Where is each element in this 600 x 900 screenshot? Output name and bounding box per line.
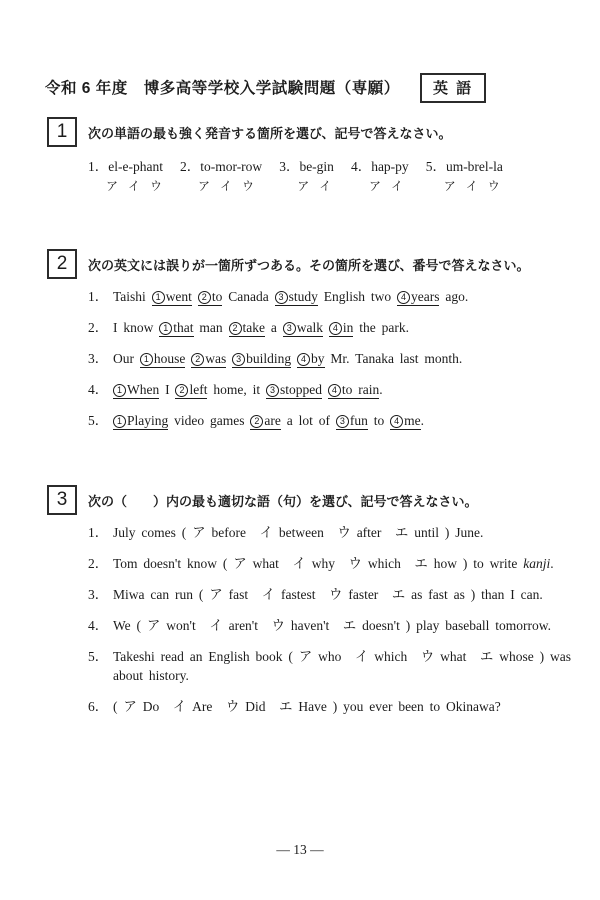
circled-number-icon: 3: [336, 415, 349, 428]
underlined-phrase: 3stopped: [266, 382, 322, 399]
underlined-phrase: 2was: [191, 351, 226, 368]
circled-number-icon: 2: [191, 353, 204, 366]
underlined-phrase: 2are: [250, 413, 280, 430]
question-number: 5．: [88, 411, 113, 430]
question-item: 5．1Playing video games 2are a lot of 3fu…: [88, 411, 582, 430]
question-number: 1．: [88, 159, 108, 174]
underlined-phrase: 4to rain: [328, 382, 379, 399]
underlined-phrase: 3fun: [336, 413, 368, 430]
section-2: 2次の英文には誤りが一箇所ずつある。その箇所を選び、番号で答えなさい。1．Tai…: [0, 249, 600, 430]
exam-page: 令和 6 年度 博多高等学校入学試験問題（専願） 英 語 1次の単語の最も強く発…: [0, 0, 600, 900]
question-number: 1．: [88, 523, 113, 542]
circled-number-icon: 2: [198, 291, 211, 304]
question-number: 3．: [88, 585, 113, 604]
circled-number-icon: 1: [113, 384, 126, 397]
section-3: 3次の（ ）内の最も適切な語（句）を選び、記号で答えなさい。1．July com…: [0, 485, 600, 716]
pronunciation-item: 4．hap-pyア イ: [351, 155, 409, 194]
question-text: We ( ア won't イ aren't ウ haven't エ doesn'…: [113, 616, 582, 635]
section-1: 1次の単語の最も強く発音する箇所を選び、記号で答えなさい。1．el-e-phan…: [0, 117, 600, 194]
underlined-phrase: 2left: [175, 382, 207, 399]
question-item: 2．Tom doesn't know ( ア what イ why ウ whic…: [88, 554, 582, 573]
underlined-phrase: 3building: [232, 351, 291, 368]
kana-choice-row: ア イ ウ: [106, 177, 163, 194]
question-text: Our 1house 2was 3building 4by Mr. Tanaka…: [113, 349, 582, 368]
section-items: 1．July comes ( ア before イ between ウ afte…: [88, 523, 582, 716]
pronunciation-row: 1．el-e-phantア イ ウ2．to-mor-rowア イ ウ3．be-g…: [88, 155, 582, 194]
question-number: 4．: [88, 616, 113, 635]
exam-title: 令和 6 年度 博多高等学校入学試験問題（専願）: [45, 76, 400, 98]
question-number: 6．: [88, 697, 113, 716]
question-text-part: home, it: [207, 382, 266, 397]
circled-number-icon: 2: [229, 322, 242, 335]
underlined-phrase: 1house: [140, 351, 186, 368]
question-text-part: .: [550, 556, 553, 571]
question-text-part: .: [379, 382, 382, 397]
underlined-phrase: 1went: [152, 289, 192, 306]
question-text-part: about history.: [113, 668, 189, 683]
pronunciation-word: to-mor-row: [200, 159, 262, 174]
question-number: 4．: [351, 159, 371, 174]
pronunciation-word: um-brel-la: [446, 159, 503, 174]
kana-choice-row: ア イ ウ: [198, 177, 262, 194]
section-number-box: 2: [47, 249, 77, 279]
pronunciation-item: 1．el-e-phantア イ ウ: [88, 155, 163, 194]
underlined-phrase: 4by: [297, 351, 325, 368]
italic-word: kanji: [523, 556, 550, 571]
kana-choice-row: ア イ: [297, 177, 334, 194]
subject-label: 英 語: [433, 80, 473, 97]
question-text: July comes ( ア before イ between ウ after …: [113, 523, 582, 542]
circled-number-icon: 3: [283, 322, 296, 335]
question-item: 2．I know 1that man 2take a 3walk 4in the…: [88, 318, 582, 337]
question-number: 2．: [88, 318, 113, 337]
circled-number-icon: 4: [397, 291, 410, 304]
pronunciation-item: 3．be-ginア イ: [279, 155, 334, 194]
underlined-phrase: 1that: [159, 320, 193, 337]
question-text-part: .: [421, 413, 424, 428]
circled-number-icon: 1: [152, 291, 165, 304]
question-number: 3．: [88, 349, 113, 368]
question-text-part: to: [368, 413, 390, 428]
underlined-phrase: 3study: [275, 289, 318, 306]
question-text-part: Our: [113, 351, 140, 366]
question-text-part: English two: [318, 289, 397, 304]
question-item: 3．Miwa can run ( ア fast イ fastest ウ fast…: [88, 585, 582, 604]
question-number: 5．: [88, 647, 113, 685]
section-instruction: 次の単語の最も強く発音する箇所を選び、記号で答えなさい。: [88, 123, 451, 142]
pronunciation-word: be-gin: [299, 159, 334, 174]
question-text: I know 1that man 2take a 3walk 4in the p…: [113, 318, 582, 337]
question-text-part: video games: [168, 413, 250, 428]
circled-number-icon: 3: [232, 353, 245, 366]
section-instruction: 次の（ ）内の最も適切な語（句）を選び、記号で答えなさい。: [88, 491, 477, 510]
question-text-part: [192, 289, 198, 304]
question-text-part: Tom doesn't know ( ア what イ why ウ which …: [113, 556, 523, 571]
page-footer: — 13 —: [0, 842, 600, 858]
pronunciation-word: el-e-phant: [108, 159, 163, 174]
underlined-phrase: 2take: [229, 320, 266, 337]
question-text-part: ( ア Do イ Are ウ Did エ Have ) you ever bee…: [113, 699, 501, 714]
section-header: 1次の単語の最も強く発音する箇所を選び、記号で答えなさい。: [47, 117, 600, 147]
question-item: 1．Taishi 1went 2to Canada 3study English…: [88, 287, 582, 306]
circled-number-icon: 1: [140, 353, 153, 366]
question-number: 4．: [88, 380, 113, 399]
question-text: Miwa can run ( ア fast イ fastest ウ faster…: [113, 585, 582, 604]
section-number-box: 1: [47, 117, 77, 147]
circled-number-icon: 3: [266, 384, 279, 397]
question-text: 1Playing video games 2are a lot of 3fun …: [113, 411, 582, 430]
question-text-part: a: [265, 320, 283, 335]
circled-number-icon: 2: [175, 384, 188, 397]
question-text-part: July comes ( ア before イ between ウ after …: [113, 525, 483, 540]
underlined-phrase: 2to: [198, 289, 223, 306]
question-number: 2．: [180, 159, 200, 174]
section-header: 3次の（ ）内の最も適切な語（句）を選び、記号で答えなさい。: [47, 485, 600, 515]
question-item: 4．We ( ア won't イ aren't ウ haven't エ does…: [88, 616, 582, 635]
question-text-part: Takeshi read an English book ( ア who イ w…: [113, 649, 571, 664]
question-number: 2．: [88, 554, 113, 573]
question-text-part: I: [159, 382, 175, 397]
question-text: Taishi 1went 2to Canada 3study English t…: [113, 287, 582, 306]
question-text-part: a lot of: [281, 413, 336, 428]
question-item: 5．Takeshi read an English book ( ア who イ…: [88, 647, 582, 685]
circled-number-icon: 4: [328, 384, 341, 397]
pronunciation-word-line: 5．um-brel-la: [426, 155, 503, 175]
circled-number-icon: 4: [329, 322, 342, 335]
underlined-phrase: 4me: [390, 413, 421, 430]
question-text-part: Mr. Tanaka last month.: [325, 351, 463, 366]
question-item: 4．1When I 2left home, it 3stopped 4to ra…: [88, 380, 582, 399]
underlined-phrase: 1When: [113, 382, 159, 399]
section-header: 2次の英文には誤りが一箇所ずつある。その箇所を選び、番号で答えなさい。: [47, 249, 600, 279]
question-item: 3．Our 1house 2was 3building 4by Mr. Tana…: [88, 349, 582, 368]
pronunciation-item: 5．um-brel-laア イ ウ: [426, 155, 503, 194]
underlined-phrase: 4years: [397, 289, 439, 306]
section-items: 1．Taishi 1went 2to Canada 3study English…: [88, 287, 582, 430]
question-number: 1．: [88, 287, 113, 306]
underlined-phrase: 4in: [329, 320, 354, 337]
circled-number-icon: 2: [250, 415, 263, 428]
pronunciation-word-line: 1．el-e-phant: [88, 155, 163, 175]
pronunciation-word: hap-py: [371, 159, 409, 174]
question-text-part: Taishi: [113, 289, 152, 304]
question-text-part: Miwa can run ( ア fast イ fastest ウ faster…: [113, 587, 543, 602]
question-text: 1When I 2left home, it 3stopped 4to rain…: [113, 380, 582, 399]
question-number: 3．: [279, 159, 299, 174]
question-text: ( ア Do イ Are ウ Did エ Have ) you ever bee…: [113, 697, 582, 716]
section-instruction: 次の英文には誤りが一箇所ずつある。その箇所を選び、番号で答えなさい。: [88, 255, 529, 274]
question-item: 6．( ア Do イ Are ウ Did エ Have ) you ever b…: [88, 697, 582, 716]
pronunciation-item: 2．to-mor-rowア イ ウ: [180, 155, 262, 194]
page-number: — 13 —: [276, 842, 323, 857]
pronunciation-word-line: 2．to-mor-row: [180, 155, 262, 175]
question-text-part: [322, 382, 328, 397]
pronunciation-word-line: 4．hap-py: [351, 155, 409, 175]
question-text-part: I know: [113, 320, 159, 335]
circled-number-icon: 4: [297, 353, 310, 366]
question-text-part: man: [194, 320, 229, 335]
question-text-part: [323, 320, 329, 335]
subject-box: 英 語: [420, 73, 486, 103]
question-number: 5．: [426, 159, 446, 174]
circled-number-icon: 4: [390, 415, 403, 428]
circled-number-icon: 1: [113, 415, 126, 428]
question-text-part: ago.: [439, 289, 468, 304]
question-text-part: Canada: [222, 289, 274, 304]
question-text: Takeshi read an English book ( ア who イ w…: [113, 647, 582, 685]
sections-container: 1次の単語の最も強く発音する箇所を選び、記号で答えなさい。1．el-e-phan…: [0, 117, 600, 771]
question-text: Tom doesn't know ( ア what イ why ウ which …: [113, 554, 582, 573]
underlined-phrase: 3walk: [283, 320, 323, 337]
section-number-box: 3: [47, 485, 77, 515]
pronunciation-word-line: 3．be-gin: [279, 155, 334, 175]
underlined-phrase: 1Playing: [113, 413, 168, 430]
section-items: 1．el-e-phantア イ ウ2．to-mor-rowア イ ウ3．be-g…: [88, 155, 582, 194]
circled-number-icon: 1: [159, 322, 172, 335]
question-item: 1．July comes ( ア before イ between ウ afte…: [88, 523, 582, 542]
question-text-part: We ( ア won't イ aren't ウ haven't エ doesn'…: [113, 618, 551, 633]
kana-choice-row: ア イ: [369, 177, 409, 194]
circled-number-icon: 3: [275, 291, 288, 304]
question-text-part: the park.: [353, 320, 409, 335]
kana-choice-row: ア イ ウ: [444, 177, 503, 194]
